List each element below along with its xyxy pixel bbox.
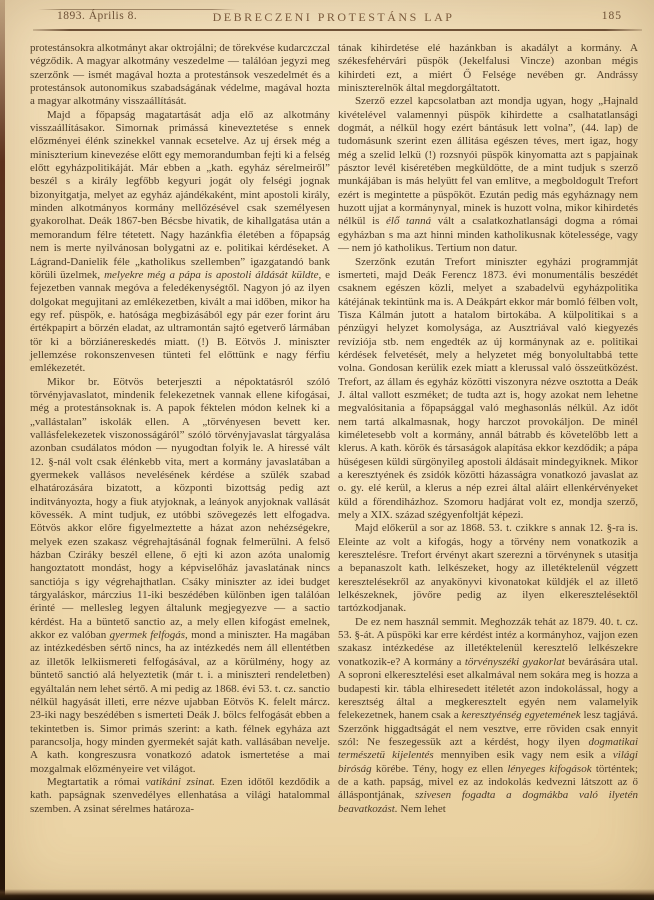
text-run: Majd előkerül a sor az 1868. 53. t. czik…: [338, 522, 638, 614]
page-number: 185: [602, 10, 622, 22]
text-run: mennyiben esik vagy nem esik a: [434, 749, 613, 761]
text-run: körébe. Tény, hogy ez ellen: [372, 763, 508, 775]
paragraph: Szerző ezzel kapcsolatban azt mondja ugy…: [338, 95, 638, 255]
book-binding-edge: [0, 0, 5, 900]
text-run: protestánsokra alkotmányt akar oktrojáln…: [30, 42, 330, 107]
text-run: Szerző ezzel kapcsolatban azt mondja ugy…: [338, 95, 638, 227]
right-column: tának kihirdetése elé hazánkban is akadá…: [338, 42, 638, 840]
text-run: Mikor br. Eötvös beterjeszti a népoktatá…: [30, 376, 330, 642]
page-header: 1893. Április 8. DEBRECZENI PROTESTÁNS L…: [35, 10, 632, 28]
scanned-page: 1893. Április 8. DEBRECZENI PROTESTÁNS L…: [0, 0, 654, 900]
masthead-title: DEBRECZENI PROTESTÁNS LAP: [35, 10, 632, 25]
text-run: Megtartatik a római: [47, 776, 146, 788]
paragraph: Szerzőnk ezután Trefort miniszter egyház…: [338, 256, 638, 523]
paragraph: protestánsokra alkotmányt akar oktrojáln…: [30, 42, 330, 109]
text-run: Nem lehet: [398, 803, 446, 815]
paragraph: Majd előkerül a sor az 1868. 53. t. czik…: [338, 522, 638, 615]
paragraph: Majd a főpapság magatartását adja elő az…: [30, 109, 330, 376]
paragraph: tának kihirdetése elé hazánkban is akadá…: [338, 42, 638, 95]
italic-run: keresztyénség egyetemének: [462, 709, 581, 721]
left-column: protestánsokra alkotmányt akar oktrojáln…: [30, 42, 330, 840]
text-run: mond a miniszter. Ha magában az intézked…: [30, 629, 330, 774]
italic-run: gyermek felfogás,: [110, 629, 188, 641]
paragraph: De ez nem használ semmit. Meghozzák tehá…: [338, 616, 638, 816]
italic-run: vatikáni zsinat.: [146, 776, 215, 788]
text-columns: protestánsokra alkotmányt akar oktrojáln…: [30, 42, 638, 840]
text-run: tának kihirdetése elé hazánkban is akadá…: [338, 42, 638, 94]
text-run: e fejezetben vannak megóva a feledékenys…: [30, 269, 330, 374]
text-run: Szerzőnk ezután Trefort miniszter egyház…: [338, 256, 638, 522]
text-run: Majd a főpapság magatartását adja elő az…: [30, 109, 330, 281]
paragraph: Megtartatik a római vatikáni zsinat. Eze…: [30, 776, 330, 816]
header-rule: [33, 29, 642, 31]
italic-run: melyekre még a pápa is apostoli áldását …: [104, 269, 321, 281]
page-bottom-edge: [0, 889, 654, 900]
paragraph: Mikor br. Eötvös beterjeszti a népoktatá…: [30, 376, 330, 776]
italic-run: törvényszéki gyakorlat: [465, 656, 565, 668]
italic-run: lényeges kifogások: [507, 763, 591, 775]
italic-run: élő tanná: [386, 215, 431, 227]
